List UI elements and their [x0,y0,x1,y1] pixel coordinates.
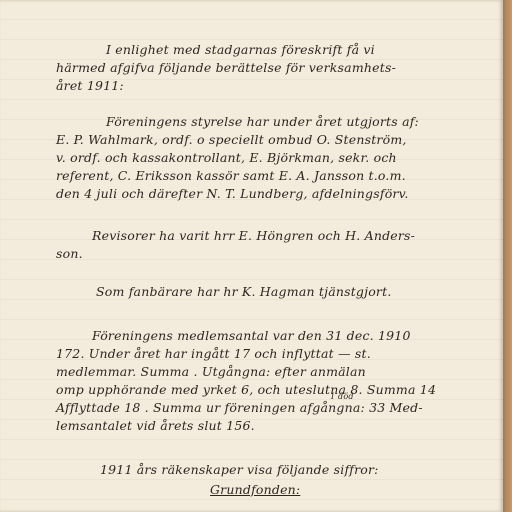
membership-line-3: medlemmar. Summa . Utgångna: efter anmäl… [56,364,366,379]
intro-line-2: härmed afgifva följande berättelse för v… [56,60,396,75]
membership-line-5: Afflyttade 18 . Summa ur föreningen afgå… [56,400,423,415]
page-edge [503,0,512,512]
auditors-line-2: son. [56,246,83,261]
accounts-line-1: 1911 års räkenskaper visa följande siffr… [100,462,379,477]
manuscript-page: I enlighet med stadgarnas föreskrift få … [0,0,503,512]
membership-line-1: Föreningens medlemsantal var den 31 dec.… [92,328,411,343]
banner-bearer-line: Som fanbärare har hr K. Hagman tjänstgjo… [96,284,392,299]
membership-line-2: 172. Under året har ingått 17 och inflyt… [56,346,371,361]
board-line-1: Föreningens styrelse har under året utgj… [106,114,419,129]
board-line-4: referent, C. Eriksson kassör samt E. A. … [56,168,406,183]
accounts-heading: Grundfonden: [210,482,300,497]
auditors-line-1: Revisorer ha varit hrr E. Höngren och H.… [92,228,415,243]
membership-line-4: omp upphörande med yrket 6, och uteslutn… [56,382,436,397]
board-line-3: v. ordf. och kassakontrollant, E. Björkm… [56,150,397,165]
membership-line-6: lemsantalet vid årets slut 156. [56,418,255,433]
intro-line-3: året 1911: [56,78,124,93]
board-line-2: E. P. Wahlmark, ordf. o speciellt ombud … [56,132,407,147]
intro-line-1: I enlighet med stadgarnas föreskrift få … [106,42,375,57]
board-line-5: den 4 juli och därefter N. T. Lundberg, … [56,186,409,201]
